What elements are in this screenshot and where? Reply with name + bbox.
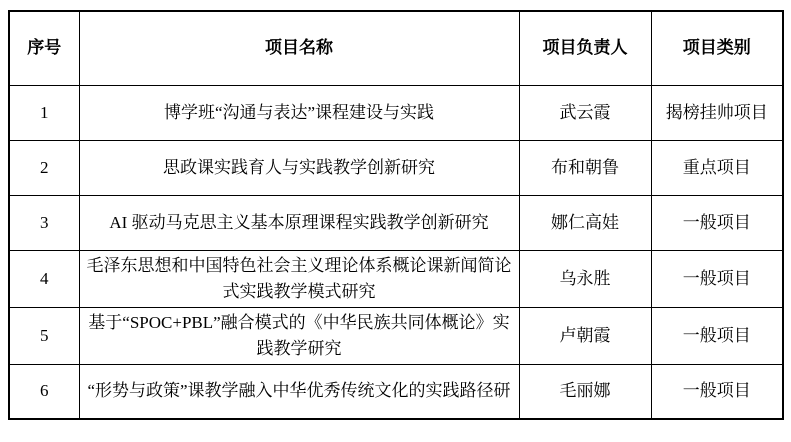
table-row: 2 思政课实践育人与实践教学创新研究 布和朝鲁 重点项目 [9,140,783,195]
project-name-cell: 基于“SPOC+PBL”融合模式的《中华民族共同体概论》实践教学研究 [79,307,519,364]
project-name-cell: AI 驱动马克思主义基本原理课程实践教学创新研究 [79,195,519,250]
project-leader-cell: 卢朝霞 [519,307,651,364]
header-cell-leader: 项目负责人 [519,11,651,85]
row-number-cell: 2 [9,140,79,195]
table-row: 4 毛泽东思想和中国特色社会主义理论体系概论课新闻简论式实践教学模式研究 乌永胜… [9,250,783,307]
header-cell-number: 序号 [9,11,79,85]
project-leader-cell: 武云霞 [519,85,651,140]
project-name-cell: “形势与政策”课教学融入中华优秀传统文化的实践路径研 [79,364,519,419]
header-cell-name: 项目名称 [79,11,519,85]
project-name-cell: 毛泽东思想和中国特色社会主义理论体系概论课新闻简论式实践教学模式研究 [79,250,519,307]
project-leader-cell: 乌永胜 [519,250,651,307]
project-name-cell: 博学班“沟通与表达”课程建设与实践 [79,85,519,140]
table-row: 6 “形势与政策”课教学融入中华优秀传统文化的实践路径研 毛丽娜 一般项目 [9,364,783,419]
row-number-cell: 6 [9,364,79,419]
table-row: 5 基于“SPOC+PBL”融合模式的《中华民族共同体概论》实践教学研究 卢朝霞… [9,307,783,364]
project-leader-cell: 布和朝鲁 [519,140,651,195]
table-row: 3 AI 驱动马克思主义基本原理课程实践教学创新研究 娜仁高娃 一般项目 [9,195,783,250]
project-category-cell: 一般项目 [651,195,783,250]
project-leader-cell: 毛丽娜 [519,364,651,419]
project-category-cell: 一般项目 [651,307,783,364]
row-number-cell: 3 [9,195,79,250]
project-category-cell: 揭榜挂帅项目 [651,85,783,140]
project-category-cell: 重点项目 [651,140,783,195]
header-cell-category: 项目类别 [651,11,783,85]
project-name-cell: 思政课实践育人与实践教学创新研究 [79,140,519,195]
project-category-cell: 一般项目 [651,250,783,307]
table-row: 1 博学班“沟通与表达”课程建设与实践 武云霞 揭榜挂帅项目 [9,85,783,140]
row-number-cell: 1 [9,85,79,140]
row-number-cell: 4 [9,250,79,307]
project-list-table: 序号 项目名称 项目负责人 项目类别 1 博学班“沟通与表达”课程建设与实践 武… [8,10,784,420]
header-row: 序号 项目名称 项目负责人 项目类别 [9,11,783,85]
project-leader-cell: 娜仁高娃 [519,195,651,250]
row-number-cell: 5 [9,307,79,364]
project-category-cell: 一般项目 [651,364,783,419]
